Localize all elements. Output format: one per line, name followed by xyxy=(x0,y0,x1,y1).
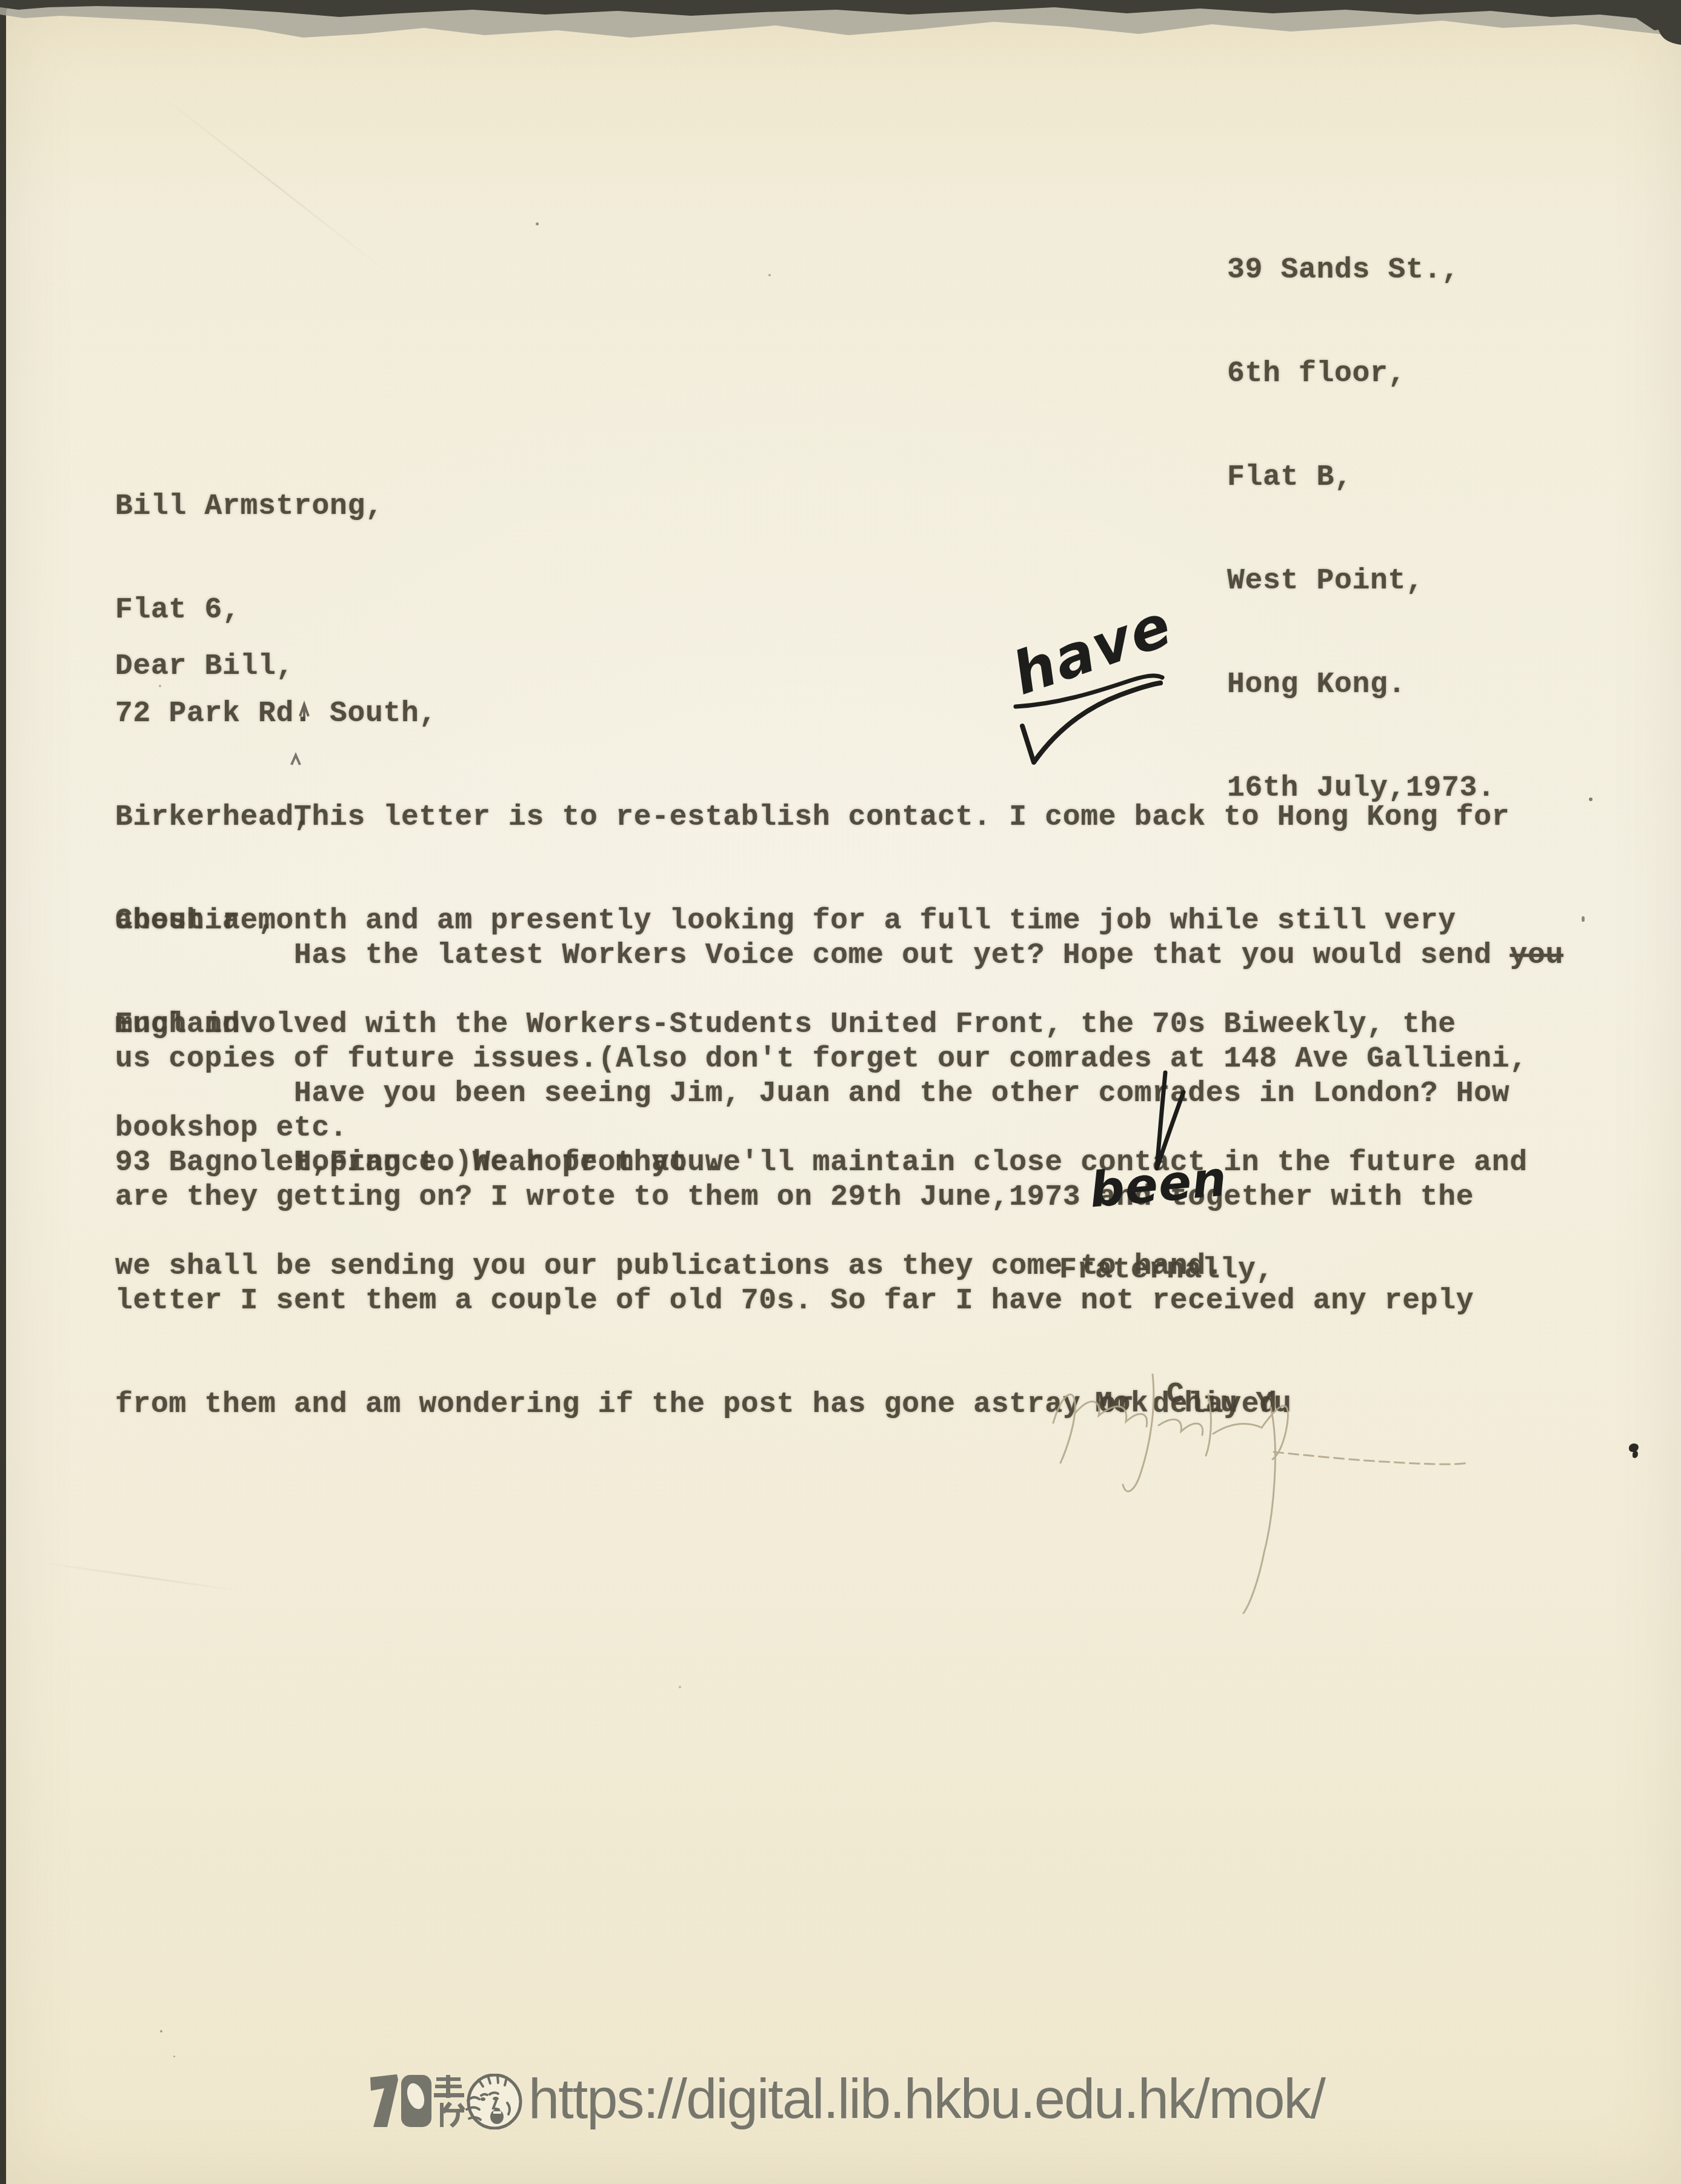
handwritten-insertion-been: been xyxy=(1087,1150,1229,1218)
digital-library-watermark-url: https://digital.lib.hkbu.edu.hk/mok/ xyxy=(528,2068,1325,2131)
paper-speck xyxy=(679,1686,681,1688)
sender-address-line: Flat B, xyxy=(1227,461,1496,495)
scanned-letter-screenshot: { "colors": { "paper": "#f3eedb", "typew… xyxy=(0,0,1681,2184)
paper-speck xyxy=(1589,797,1593,801)
paragraph-3: Have you been seeing Jim, Juan and the o… xyxy=(115,1008,1510,1457)
paper-speck xyxy=(159,685,161,687)
paper-speck xyxy=(1582,916,1585,922)
recipient-address-line: 72 Park Rd. South, xyxy=(115,697,437,731)
body-line: from them and am wondering if the post h… xyxy=(115,1388,1510,1422)
shouting-face-logo-icon xyxy=(467,2075,521,2128)
closing-line: Hoping to hear from you. xyxy=(115,1146,723,1180)
paper-speck xyxy=(536,222,539,225)
sender-address-line: 6th floor, xyxy=(1227,357,1496,391)
sender-address-line: West Point, xyxy=(1227,564,1496,599)
recipient-address-line: Flat 6, xyxy=(115,593,437,628)
seventies-biweekly-logo xyxy=(368,2074,522,2129)
struck-out-word: you xyxy=(1510,939,1563,972)
paper-speck xyxy=(768,274,771,276)
recipient-address-line: Bill Armstrong, xyxy=(115,490,437,524)
typed-signature-name: Mok Chiu Yu xyxy=(1059,1353,1292,1422)
raised-letter: C xyxy=(1167,1379,1185,1411)
body-line: This letter is to re-establish contact. … xyxy=(115,801,1510,835)
salutation: Dear Bill, xyxy=(115,650,294,684)
paper-speck xyxy=(173,2056,175,2057)
body-line: are they getting on? I wrote to them on … xyxy=(115,1180,1510,1215)
valediction: Fraternally, xyxy=(1059,1253,1274,1288)
body-line: letter I sent them a couple of old 70s. … xyxy=(115,1284,1510,1319)
logo-digit-7 xyxy=(370,2074,398,2127)
sender-address-line: 39 Sands St., xyxy=(1227,253,1496,288)
sender-address-line: Hong Kong. xyxy=(1227,668,1496,702)
body-line: Has the latest Workers Voice come out ye… xyxy=(115,939,1563,973)
body-line: Have you been seeing Jim, Juan and the o… xyxy=(115,1077,1510,1111)
paper-speck xyxy=(160,2030,162,2033)
logo-cjk-characters xyxy=(434,2075,465,2128)
